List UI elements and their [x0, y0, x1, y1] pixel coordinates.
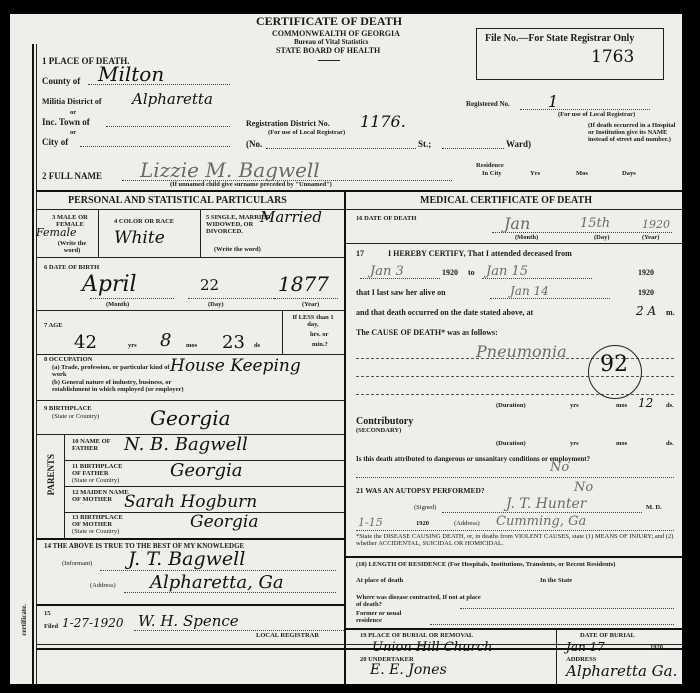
md-label: M. D.	[646, 504, 662, 511]
cause-footnote: *State the DISEASE CAUSING DEATH, or, in…	[356, 533, 678, 547]
informant-address-label: (Address)	[90, 582, 116, 589]
attended-to-year: 1920	[638, 268, 654, 277]
age-days: 23	[222, 332, 245, 353]
physician-address-label: (Address)	[454, 520, 480, 527]
or-text: or	[70, 129, 76, 136]
filed-number: 15	[44, 610, 51, 617]
age-months: 8	[160, 330, 171, 351]
informant-address-value: Alpharetta, Ga	[150, 572, 284, 593]
age-label: 7 AGE	[44, 322, 63, 329]
local-registrar-label: LOCAL REGISTRAR	[256, 632, 319, 639]
day-label: (Day)	[594, 234, 610, 241]
sex-value: Female	[36, 226, 77, 239]
county-label: County of	[42, 76, 80, 86]
yrs-label: yrs	[570, 440, 579, 447]
to-label: to	[468, 268, 475, 277]
sex-note: (Write the word)	[52, 240, 92, 254]
inc-town-label: Inc. Town of	[42, 117, 90, 127]
hrs-label: hrs. or	[310, 331, 328, 338]
full-name-label: 2 FULL NAME	[42, 171, 102, 181]
dob-year: 1877	[278, 272, 329, 296]
date-of-death-label: 16 DATE OF DEATH	[356, 215, 416, 222]
occupation-b: (b) General nature of industry, business…	[52, 379, 192, 393]
attended-to: Jan 15	[486, 264, 528, 279]
certify-text: I HEREBY CERTIFY, That I attended deceas…	[388, 249, 572, 258]
file-number-label: File No.—For State Registrar Only	[485, 33, 634, 44]
mother-birthplace-note: (State or Country)	[72, 528, 119, 535]
militia-district-label: Militia District of	[42, 97, 102, 106]
contributory-label: Contributory	[356, 416, 413, 427]
dob-month: April	[82, 272, 137, 297]
in-city-label: In City	[482, 170, 502, 177]
dod-month: Jan	[504, 214, 530, 233]
mother-birthplace-label: 13 BIRTHPLACE OF MOTHER	[72, 514, 132, 528]
age-years: 42	[74, 332, 97, 353]
marital-note: (Write the word)	[214, 246, 261, 253]
birthplace-value: Georgia	[150, 406, 231, 430]
undertaker-address-value: Alpharetta Ga.	[566, 662, 677, 680]
death-occurred-text: and that death occurred on the date stat…	[356, 308, 533, 317]
cause-of-death-text: The CAUSE OF DEATH* was as follows:	[356, 328, 498, 337]
last-saw-text: that I last saw her alive on	[356, 288, 446, 297]
mos-label: mos	[186, 342, 197, 349]
father-birthplace-note: (State or Country)	[72, 477, 119, 484]
registered-no-note: (For use of Local Registrar)	[558, 111, 635, 118]
ds-label: ds.	[666, 440, 674, 447]
father-birthplace-label: 11 BIRTHPLACE OF FATHER	[72, 463, 132, 477]
ds-label: ds.	[666, 402, 674, 409]
physician-signature: J. T. Hunter	[506, 496, 586, 512]
signed-label: (Signed)	[414, 504, 436, 511]
occupation-a: (a) Trade, profession, or particular kin…	[52, 364, 170, 378]
left-border-inner	[36, 44, 37, 684]
at-place-of-death-label: At place of death	[356, 577, 516, 584]
informant-value: J. T. Bagwell	[128, 548, 245, 570]
yrs-label: Yrs	[530, 170, 540, 177]
certificate-title: CERTIFICATE OF DEATH	[256, 14, 402, 29]
duration-label: (Duration)	[496, 402, 526, 409]
filed-label: Filed	[44, 623, 58, 630]
dob-label: 6 DATE OF BIRTH	[44, 264, 99, 271]
race-value: White	[114, 228, 165, 248]
st-label: St.;	[418, 139, 431, 149]
header-board: STATE BOARD OF HEALTH	[276, 46, 380, 55]
mos-label: mos	[616, 440, 627, 447]
father-birthplace-value: Georgia	[170, 460, 242, 481]
header-bureau: Bureau of Vital Statistics	[294, 38, 368, 46]
year-label: (Year)	[302, 301, 319, 308]
autopsy-value: No	[574, 480, 593, 495]
time-of-death: 2 A	[636, 304, 656, 318]
informant-label: (Informant)	[62, 560, 92, 567]
birthplace-label: 9 BIRTHPLACE	[44, 405, 92, 412]
mother-label: 12 MAIDEN NAME OF MOTHER	[72, 489, 132, 503]
dob-day: 22	[200, 276, 219, 294]
medical-heading: MEDICAL CERTIFICATE OF DEATH	[420, 195, 592, 206]
last-saw-year: 1920	[638, 288, 654, 297]
mos-label: Mos	[576, 170, 588, 177]
margin-text: certificate.	[20, 604, 28, 636]
dod-year: 1920	[642, 218, 670, 231]
burial-date-value: Jan 17	[566, 640, 605, 654]
marital-value: Married	[260, 208, 322, 226]
registered-no-value: 1	[548, 92, 558, 111]
yrs-label: yrs	[128, 342, 137, 349]
filed-date: 1-27-1920	[62, 616, 124, 630]
registration-district-note: (For use of Local Registrar)	[268, 129, 345, 136]
yrs-label: yrs	[570, 402, 579, 409]
min-label: min.?	[312, 341, 328, 348]
county-value: Milton	[98, 62, 164, 86]
last-saw-date: Jan 14	[510, 284, 549, 298]
burial-date-label: DATE OF BURIAL	[580, 632, 635, 639]
duration-label: (Duration)	[496, 440, 526, 447]
former-residence-label: Former or usual residence	[356, 610, 426, 624]
registrar-signature: W. H. Spence	[138, 612, 239, 630]
physician-address-value: Cumming, Ga	[496, 514, 586, 529]
father-value: N. B. Bagwell	[124, 434, 248, 455]
day-label: (Day)	[208, 301, 224, 308]
ds-label: ds	[254, 342, 260, 349]
parents-label: PARENTS	[46, 454, 56, 495]
burial-place-label: 19 PLACE OF BURIAL OR REMOVAL	[360, 632, 473, 639]
duration-days: 12	[638, 396, 653, 410]
race-label: 4 COLOR OR RACE	[114, 218, 174, 225]
signed-date: 1-15	[358, 516, 383, 529]
less-than-day-label: If LESS than 1 day,	[288, 314, 338, 328]
in-state-label: In the State	[540, 577, 580, 584]
secondary-label: (SECONDARY)	[356, 427, 401, 434]
occupation-value: House Keeping	[170, 356, 301, 376]
dod-day: 15th	[580, 216, 610, 231]
left-border	[32, 44, 34, 684]
header-commonwealth: COMMONWEALTH OF GEORGIA	[272, 29, 400, 38]
occupation-label: 8 OCCUPATION	[44, 356, 92, 363]
cause-code: 92	[600, 352, 628, 377]
or-text: or	[70, 109, 76, 116]
burial-year: 1920	[650, 644, 663, 651]
death-certificate: CERTIFICATE OF DEATH COMMONWEALTH OF GEO…	[10, 14, 682, 684]
file-number-value: 1763	[591, 47, 634, 67]
year-label: (Year)	[642, 234, 659, 241]
full-name-value: Lizzie M. Bagwell	[140, 158, 320, 182]
m-label: m.	[666, 308, 675, 317]
full-name-note: (If unnamed child give surname preceded …	[170, 181, 332, 188]
days-label: Days	[622, 170, 636, 177]
month-label: (Month)	[106, 301, 129, 308]
street-label: (No.	[246, 139, 262, 149]
attended-from: Jan 3	[370, 264, 404, 279]
month-label: (Month)	[515, 234, 538, 241]
certify-number: 17	[356, 249, 364, 258]
personal-heading: PERSONAL AND STATISTICAL PARTICULARS	[68, 195, 287, 206]
burial-place-value: Union Hill Church	[372, 640, 492, 655]
mos-label: mos	[616, 402, 627, 409]
dangerous-conditions-value: No	[550, 460, 569, 475]
mother-value: Sarah Hogburn	[124, 492, 257, 512]
hospital-note: (If death occurred in a Hospital or Inst…	[588, 122, 682, 143]
ward-label: Ward)	[506, 139, 531, 149]
disease-contracted-label: Where was disease contracted, If not at …	[356, 594, 486, 608]
autopsy-label: 21 WAS AN AUTOPSY PERFORMED?	[356, 486, 485, 495]
attended-from-year: 1920	[442, 268, 458, 277]
militia-district-value: Alpharetta	[132, 90, 213, 108]
column-divider	[344, 190, 346, 684]
registered-no-label: Registered No.	[466, 100, 510, 108]
residence-label: Residence	[476, 162, 504, 169]
signed-year: 1920	[416, 520, 429, 527]
header-rule	[318, 60, 340, 61]
undertaker-value: E. E. Jones	[370, 662, 447, 678]
city-label: City of	[42, 137, 68, 147]
mother-birthplace-value: Georgia	[190, 512, 258, 532]
file-number-box: File No.—For State Registrar Only 1763	[476, 28, 664, 80]
birthplace-note: (State or Country)	[52, 413, 99, 420]
father-label: 10 NAME OF FATHER	[72, 438, 132, 452]
registration-district-value: 1176.	[360, 112, 406, 131]
registration-district-label: Registration District No.	[246, 119, 330, 128]
length-of-residence-label: (18) LENGTH OF RESIDENCE (For Hospitals,…	[356, 561, 676, 568]
